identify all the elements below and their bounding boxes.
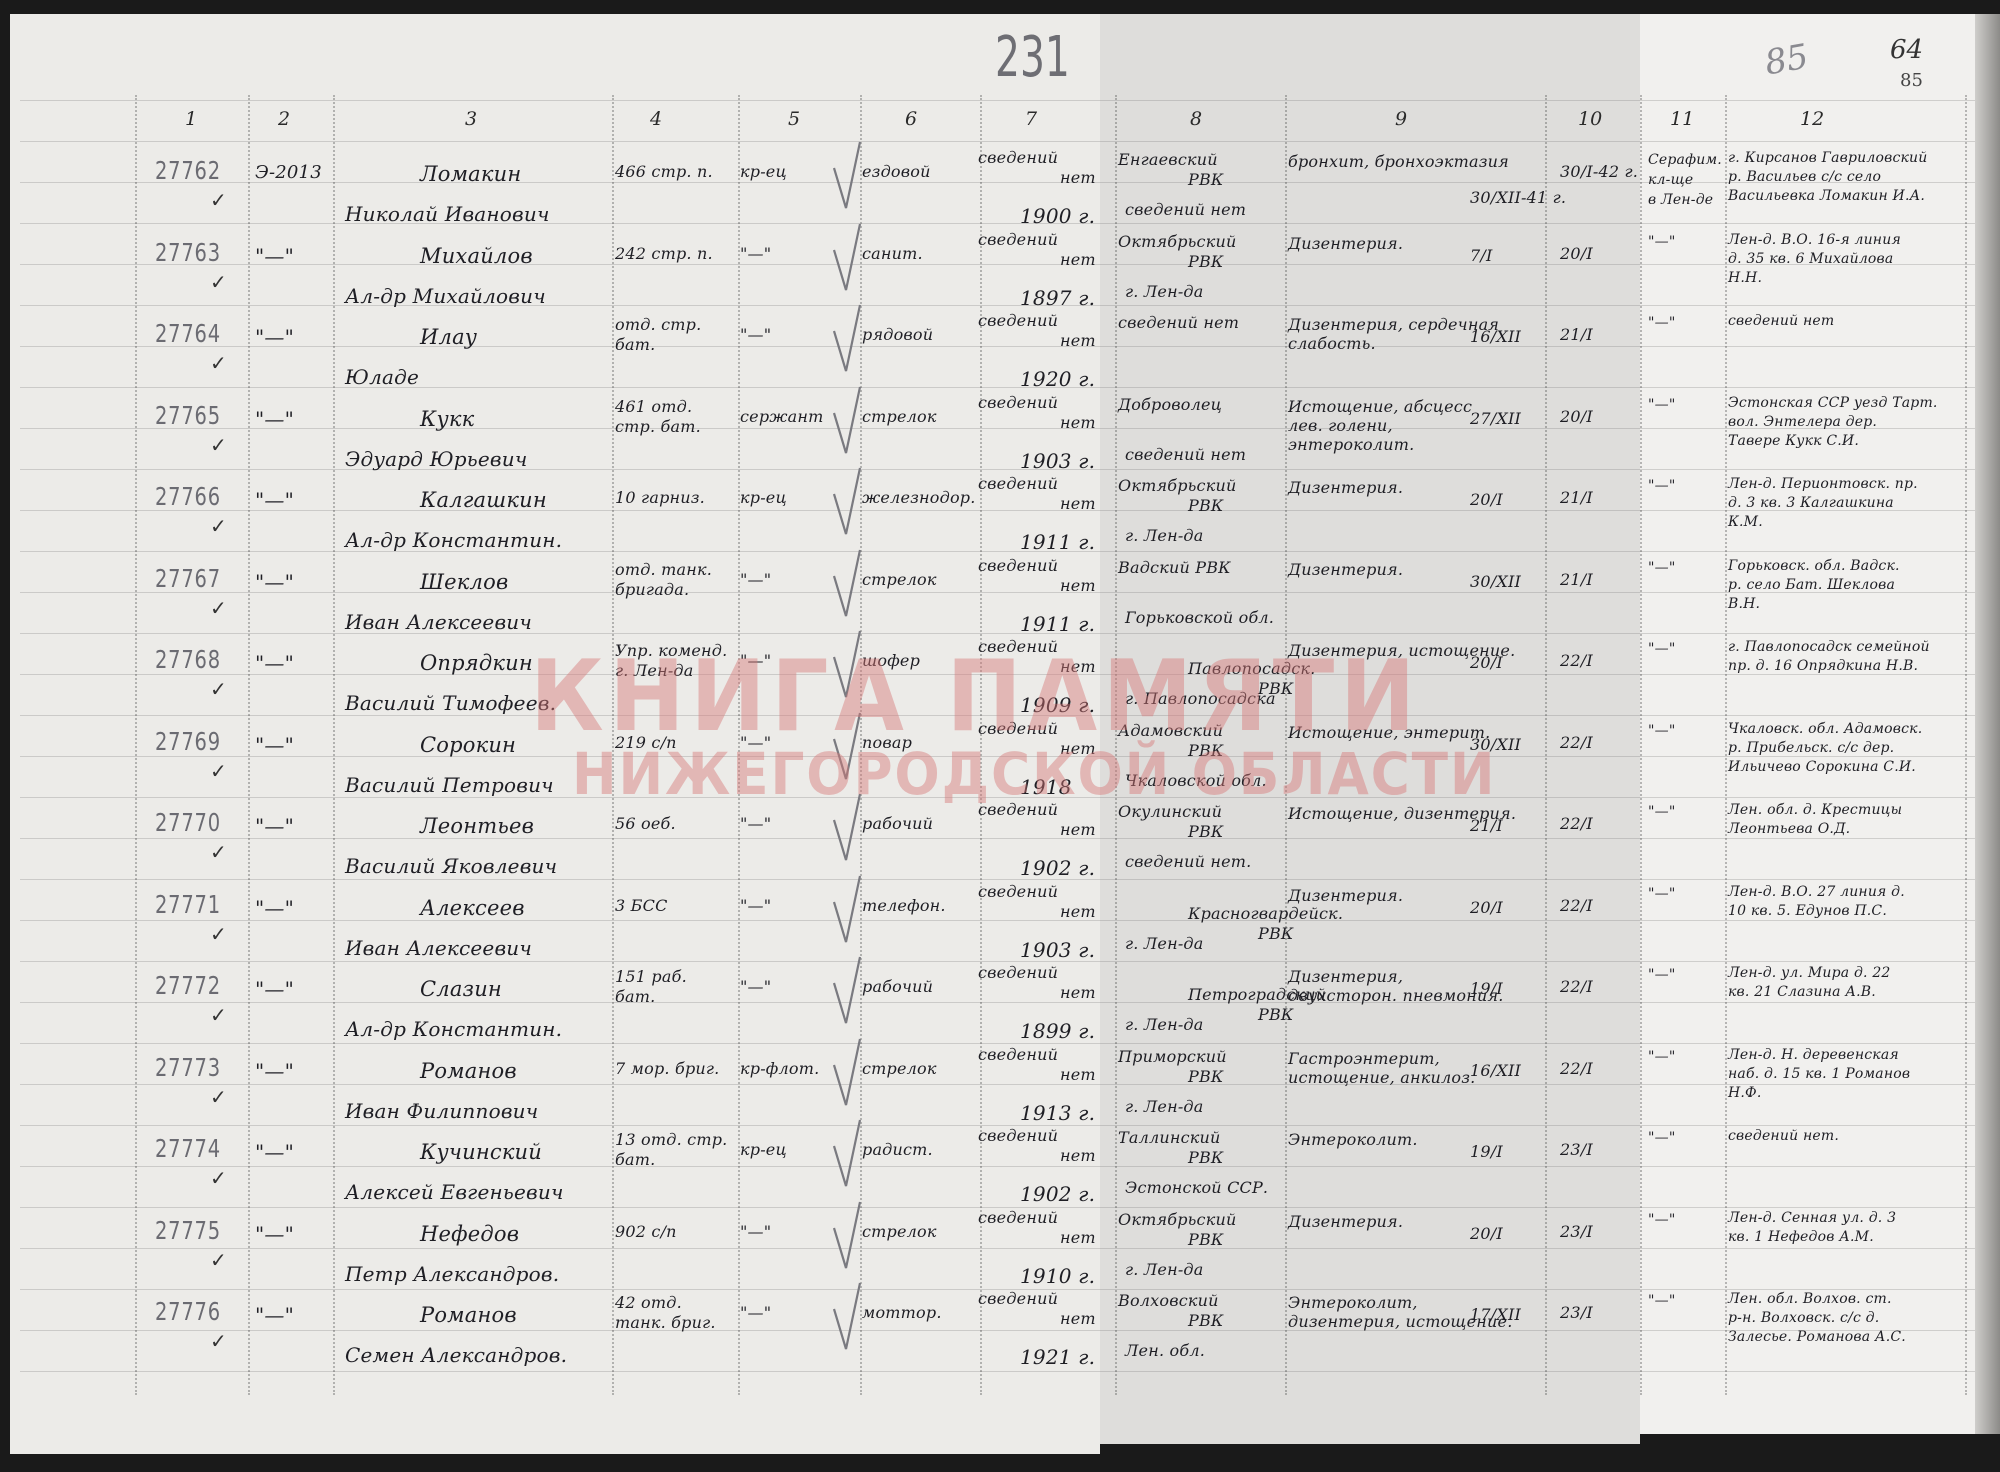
cause-of-death: бронхит, бронхоэктазия: [1288, 152, 1509, 171]
position: санит.: [862, 244, 923, 263]
draft-office: Октябрьский: [1118, 232, 1236, 251]
ruled-line: [20, 1166, 1975, 1167]
record-number: 27762: [155, 156, 221, 185]
record-code: "—": [255, 1140, 294, 1164]
position: повар: [862, 733, 912, 752]
corner-mark-2: 64: [1890, 35, 1923, 65]
draft-office: Октябрьский: [1118, 476, 1236, 495]
surname: Нефедов: [420, 1222, 519, 1246]
birth-info-line-1: сведений: [978, 1289, 1058, 1308]
birth-year: 1911 г.: [1020, 530, 1095, 554]
given-names: Ал-др Константин.: [345, 1017, 562, 1041]
relatives-address: р. село Бат. Шеклова: [1728, 577, 1895, 593]
ruled-line: [20, 879, 1975, 880]
death-date: 23/I: [1560, 1222, 1593, 1241]
column-separator: [1115, 95, 1118, 1395]
given-names: Ал-др Константин.: [345, 528, 562, 552]
birth-info-line-1: сведений: [978, 556, 1058, 575]
burial-place: "—": [1648, 1130, 1675, 1146]
rank: сержант: [740, 407, 824, 426]
relatives-address: Ильичево Сорокина С.И.: [1728, 759, 1916, 775]
relatives-address: вол. Энтелера дер.: [1728, 414, 1877, 430]
cause-of-death: Энтероколит.: [1288, 1130, 1418, 1149]
death-date: 20/I: [1560, 407, 1593, 426]
draft-office-extra: сведений нет: [1125, 200, 1246, 219]
military-unit: 13 отд. стр.: [615, 1130, 727, 1149]
birth-info-line-2: нет: [1060, 983, 1096, 1002]
admission-date: 30/XII-41 г.: [1470, 188, 1566, 207]
birth-year: 1900 г.: [1020, 204, 1095, 228]
record-number: 27769: [155, 727, 221, 756]
relatives-address: кв. 21 Слазина А.В.: [1728, 984, 1876, 1000]
burial-place: "—": [1648, 478, 1675, 494]
column-number: 3: [465, 108, 477, 130]
military-unit: бат.: [615, 1150, 655, 1169]
birth-info-line-1: сведений: [978, 800, 1058, 819]
draft-office: РВК: [1188, 1311, 1224, 1330]
ruled-line: [20, 1330, 1975, 1331]
rank: "—": [740, 896, 771, 915]
birth-info-line-1: сведений: [978, 311, 1058, 330]
death-date: 22/I: [1560, 1059, 1593, 1078]
record-number: 27764: [155, 319, 221, 348]
ruled-line: [20, 551, 1975, 552]
position: ездовой: [862, 162, 931, 181]
checkmark-icon: ✓: [210, 433, 227, 457]
draft-office: РВК: [1258, 924, 1294, 943]
draft-office-extra: сведений нет.: [1125, 852, 1251, 871]
record-number: 27770: [155, 808, 221, 837]
birth-info-line-1: сведений: [978, 393, 1058, 412]
draft-office-extra: г. Лен-да: [1125, 1260, 1204, 1279]
birth-year: 1909 г.: [1020, 693, 1095, 717]
relatives-address: д. 3 кв. 3 Калгашкина: [1728, 495, 1894, 511]
birth-year: 1913 г.: [1020, 1101, 1095, 1125]
draft-office-extra: Эстонской ССР.: [1125, 1178, 1268, 1197]
record-code: "—": [255, 407, 294, 431]
relatives-address: Горьковск. обл. Вадск.: [1728, 558, 1900, 574]
record-number: 27775: [155, 1216, 221, 1245]
birth-info-line-2: нет: [1060, 902, 1096, 921]
death-date: 22/I: [1560, 977, 1593, 996]
cause-of-death: истощение, анкилоз.: [1288, 1068, 1475, 1087]
record-number: 27766: [155, 482, 221, 511]
birth-year: 1910 г.: [1020, 1264, 1095, 1288]
checkmark-icon: ✓: [210, 1329, 227, 1353]
birth-info-line-2: нет: [1060, 739, 1096, 758]
column-separator: [1965, 95, 1968, 1395]
relatives-address: р-н. Волховск. с/с д.: [1728, 1310, 1879, 1326]
military-unit: 902 с/п: [615, 1222, 677, 1241]
burial-place: "—": [1648, 886, 1675, 902]
admission-date: 20/I: [1470, 490, 1503, 509]
cause-of-death: Дизентерия.: [1288, 478, 1403, 497]
checkmark-icon: ✓: [210, 596, 227, 620]
birth-year: 1899 г.: [1020, 1019, 1095, 1043]
birth-info-line-2: нет: [1060, 657, 1096, 676]
birth-year: 1902 г.: [1020, 856, 1095, 880]
relatives-address: Лен. обл. д. Крестицы: [1728, 802, 1902, 818]
death-date: 23/I: [1560, 1140, 1593, 1159]
given-names: Николай Иванович: [345, 202, 550, 226]
given-names: Иван Алексеевич: [345, 936, 532, 960]
admission-date: 16/XII: [1470, 1061, 1521, 1080]
checkmark-icon: ✓: [210, 759, 227, 783]
military-unit: 7 мор. бриг.: [615, 1059, 719, 1078]
position: шофер: [862, 651, 920, 670]
surname: Михайлов: [420, 244, 533, 268]
military-unit: Упр. коменд.: [615, 641, 727, 660]
birth-info-line-1: сведений: [978, 719, 1058, 738]
birth-info-line-1: сведений: [978, 1045, 1058, 1064]
surname: Романов: [420, 1303, 517, 1327]
ruled-line: [20, 633, 1975, 634]
military-unit: бат.: [615, 335, 655, 354]
column-separator: [980, 95, 983, 1395]
ruled-line: [20, 387, 1975, 388]
record-number: 27768: [155, 645, 221, 674]
draft-office-extra: г. Лен-да: [1125, 934, 1204, 953]
burial-place: "—": [1648, 397, 1675, 413]
given-names: Иван Алексеевич: [345, 610, 532, 634]
burial-place: "—": [1648, 315, 1675, 331]
birth-info-line-1: сведений: [978, 474, 1058, 493]
rank: кр-ец: [740, 1140, 787, 1159]
record-code: "—": [255, 977, 294, 1001]
rank: "—": [740, 733, 771, 752]
ruled-line: [20, 346, 1975, 347]
relatives-address: наб. д. 15 кв. 1 Романов: [1728, 1066, 1910, 1082]
ruled-line: [20, 592, 1975, 593]
relatives-address: Чкаловск. обл. Адамовск.: [1728, 721, 1922, 737]
death-date: 22/I: [1560, 814, 1593, 833]
relatives-address: Залесье. Романова А.С.: [1728, 1329, 1906, 1345]
rank: кр-флот.: [740, 1059, 819, 1078]
birth-year: 1920 г.: [1020, 367, 1095, 391]
position: стрелок: [862, 407, 937, 426]
ruled-line: [20, 838, 1975, 839]
position: стрелок: [862, 1059, 937, 1078]
given-names: Ал-др Михайлович: [345, 284, 546, 308]
relatives-address: Лен-д. В.О. 16-я линия: [1728, 232, 1901, 248]
record-code: "—": [255, 1059, 294, 1083]
checkmark-icon: ✓: [210, 1248, 227, 1272]
burial-place: "—": [1648, 967, 1675, 983]
draft-office: Адамовский: [1118, 721, 1223, 740]
relatives-address: сведений нет.: [1728, 1128, 1839, 1144]
birth-info-line-2: нет: [1060, 1065, 1096, 1084]
checkmark-icon: ✓: [210, 270, 227, 294]
cause-of-death: Истощение, энтерит.: [1288, 723, 1490, 742]
record-code: "—": [255, 325, 294, 349]
death-date: 21/I: [1560, 570, 1593, 589]
draft-office: Вадский РВК: [1118, 558, 1231, 577]
birth-year: 1902 г.: [1020, 1182, 1095, 1206]
record-code: "—": [255, 733, 294, 757]
military-unit: 10 гарниз.: [615, 488, 705, 507]
draft-office: РВК: [1188, 822, 1224, 841]
ruled-line: [20, 264, 1975, 265]
checkmark-icon: ✓: [210, 188, 227, 212]
military-unit: бат.: [615, 987, 655, 1006]
death-date: 20/I: [1560, 244, 1593, 263]
relatives-address: г. Кирсанов Гавриловский: [1728, 150, 1928, 166]
birth-info-line-2: нет: [1060, 250, 1096, 269]
archive-page-number: 231: [995, 25, 1070, 90]
surname: Шеклов: [420, 570, 508, 594]
verification-check-icon: [830, 1035, 864, 1115]
cause-of-death: энтероколит.: [1288, 435, 1414, 454]
record-number: 27772: [155, 971, 221, 1000]
draft-office: Октябрьский: [1118, 1210, 1236, 1229]
ruled-line: [20, 756, 1975, 757]
burial-place: кл-ще: [1648, 172, 1693, 188]
admission-date: 17/XII: [1470, 1305, 1521, 1324]
rank: "—": [740, 1303, 771, 1322]
surname: Кукк: [420, 407, 474, 431]
admission-date: 30/XII: [1470, 735, 1521, 754]
draft-office: сведений нет: [1118, 313, 1239, 332]
given-names: Эдуард Юрьевич: [345, 447, 528, 471]
position: радист.: [862, 1140, 933, 1159]
position: рабочий: [862, 977, 933, 996]
column-separator: [135, 95, 138, 1395]
record-code: "—": [255, 488, 294, 512]
birth-info-line-1: сведений: [978, 637, 1058, 656]
ruled-line: [20, 510, 1975, 511]
surname: Леонтьев: [420, 814, 534, 838]
draft-office: Волховский: [1118, 1291, 1219, 1310]
ruled-line: [20, 920, 1975, 921]
draft-office: Таллинский: [1118, 1128, 1221, 1147]
relatives-address: Н.Н.: [1728, 270, 1762, 286]
column-number: 7: [1025, 108, 1037, 130]
birth-info-line-2: нет: [1060, 576, 1096, 595]
corner-mark-3: 85: [1900, 70, 1923, 91]
record-code: "—": [255, 1222, 294, 1246]
draft-office-extra: г. Лен-да: [1125, 282, 1204, 301]
position: моттор.: [862, 1303, 942, 1322]
relatives-address: В.Н.: [1728, 596, 1760, 612]
admission-date: 20/I: [1470, 653, 1503, 672]
admission-date: 19/I: [1470, 979, 1503, 998]
cause-of-death: Дизентерия.: [1288, 1212, 1403, 1231]
record-code: "—": [255, 1303, 294, 1327]
ruled-line: [20, 1002, 1975, 1003]
ruled-line: [20, 305, 1975, 306]
record-code: "—": [255, 244, 294, 268]
burial-place: "—": [1648, 1293, 1675, 1309]
birth-info-line-2: нет: [1060, 494, 1096, 513]
record-code: Э-2013: [255, 162, 322, 183]
surname: Слазин: [420, 977, 502, 1001]
relatives-address: пр. д. 16 Опрядкина Н.В.: [1728, 658, 1918, 674]
record-code: "—": [255, 570, 294, 594]
relatives-address: Лен-д. Сенная ул. д. 3: [1728, 1210, 1896, 1226]
relatives-address: Эстонская ССР уезд Тарт.: [1728, 395, 1938, 411]
burial-place: "—": [1648, 804, 1675, 820]
death-date: 30/I-42 г.: [1560, 162, 1638, 181]
burial-place: "—": [1648, 234, 1675, 250]
draft-office: РВК: [1188, 252, 1224, 271]
position: стрелок: [862, 1222, 937, 1241]
given-names: Юладе: [345, 365, 419, 389]
cause-of-death: Дизентерия, сердечная: [1288, 315, 1499, 334]
given-names: Василий Петрович: [345, 773, 554, 797]
birth-info-line-1: сведений: [978, 148, 1058, 167]
burial-place: "—": [1648, 560, 1675, 576]
birth-info-line-1: сведений: [978, 230, 1058, 249]
draft-office: РВК: [1188, 496, 1224, 515]
admission-date: 19/I: [1470, 1142, 1503, 1161]
rank: "—": [740, 244, 771, 263]
relatives-address: Лен-д. ул. Мира д. 22: [1728, 965, 1891, 981]
military-unit: 56 оеб.: [615, 814, 676, 833]
admission-date: 21/I: [1470, 816, 1503, 835]
position: рабочий: [862, 814, 933, 833]
cause-of-death: Дизентерия.: [1288, 560, 1403, 579]
rank: кр-ец: [740, 488, 787, 507]
record-number: 27776: [155, 1297, 221, 1326]
record-number: 27773: [155, 1053, 221, 1082]
column-separator: [1545, 95, 1548, 1395]
birth-info-line-2: нет: [1060, 1228, 1096, 1247]
column-number: 9: [1395, 108, 1407, 130]
birth-info-line-1: сведений: [978, 963, 1058, 982]
birth-year: 1911 г.: [1020, 612, 1095, 636]
surname: Опрядкин: [420, 651, 533, 675]
draft-office: Енгаевский: [1118, 150, 1218, 169]
death-date: 22/I: [1560, 733, 1593, 752]
admission-date: 16/XII: [1470, 327, 1521, 346]
relatives-address: р. Прибельск. с/с дер.: [1728, 740, 1894, 756]
relatives-address: Леонтьева О.Д.: [1728, 821, 1850, 837]
record-number: 27765: [155, 401, 221, 430]
burial-place: "—": [1648, 1212, 1675, 1228]
birth-info-line-2: нет: [1060, 168, 1096, 187]
military-unit: отд. танк.: [615, 560, 712, 579]
surname: Калгашкин: [420, 488, 547, 512]
military-unit: стр. бат.: [615, 417, 701, 436]
surname: Кучинский: [420, 1140, 542, 1164]
military-unit: 42 отд.: [615, 1293, 682, 1312]
column-number: 11: [1670, 108, 1694, 130]
draft-office: Приморский: [1118, 1047, 1227, 1066]
column-number: 10: [1578, 108, 1602, 130]
relatives-address: Лен-д. В.О. 27 линия д.: [1728, 884, 1905, 900]
position: стрелок: [862, 570, 937, 589]
draft-office: РВК: [1188, 741, 1224, 760]
given-names: Иван Филиппович: [345, 1099, 538, 1123]
column-number: 5: [788, 108, 800, 130]
draft-office: Доброволец: [1118, 395, 1222, 414]
checkmark-icon: ✓: [210, 1003, 227, 1027]
cause-of-death: Дизентерия.: [1288, 886, 1403, 905]
ruled-line: [20, 141, 1975, 142]
draft-office-extra: г. Лен-да: [1125, 1015, 1204, 1034]
ruled-line: [20, 1248, 1975, 1249]
cause-of-death: лев. голени,: [1288, 416, 1393, 435]
column-separator: [1640, 95, 1643, 1395]
birth-year: 1903 г.: [1020, 449, 1095, 473]
draft-office-extra: г. Павлопосадска: [1125, 689, 1276, 708]
birth-year: 1903 г.: [1020, 938, 1095, 962]
draft-office: РВК: [1188, 1148, 1224, 1167]
rank: кр-ец: [740, 162, 787, 181]
military-unit: 466 стр. п.: [615, 162, 713, 181]
birth-year: 1921 г.: [1020, 1345, 1095, 1369]
death-date: 22/I: [1560, 896, 1593, 915]
surname: Илау: [420, 325, 477, 349]
rank: "—": [740, 814, 771, 833]
given-names: Алексей Евгеньевич: [345, 1180, 564, 1204]
relatives-address: р. Васильев с/с село: [1728, 169, 1881, 185]
rank: "—": [740, 977, 771, 996]
rank: "—": [740, 1222, 771, 1241]
verification-check-icon: [830, 627, 864, 707]
checkmark-icon: ✓: [210, 351, 227, 375]
record-code: "—": [255, 896, 294, 920]
verification-check-icon: [830, 709, 864, 789]
checkmark-icon: ✓: [210, 840, 227, 864]
birth-year: 1897 г.: [1020, 286, 1095, 310]
birth-info-line-2: нет: [1060, 820, 1096, 839]
draft-office-extra: Горьковской обл.: [1125, 608, 1274, 627]
draft-office: Красногвардейск.: [1188, 904, 1343, 923]
relatives-address: г. Павлопосадск семейной: [1728, 639, 1930, 655]
relatives-address: д. 35 кв. 6 Михайлова: [1728, 251, 1893, 267]
birth-info-line-1: сведений: [978, 1208, 1058, 1227]
record-code: "—": [255, 651, 294, 675]
cause-of-death: Энтероколит,: [1288, 1293, 1418, 1312]
record-number: 27767: [155, 564, 221, 593]
verification-check-icon: [830, 383, 864, 463]
relatives-address: 10 кв. 5. Едунов П.С.: [1728, 903, 1887, 919]
draft-office-extra: г. Лен-да: [1125, 526, 1204, 545]
admission-date: 30/XII: [1470, 572, 1521, 591]
relatives-address: сведений нет: [1728, 313, 1834, 329]
admission-date: 7/I: [1470, 246, 1493, 265]
record-code: "—": [255, 814, 294, 838]
verification-check-icon: [830, 301, 864, 381]
relatives-address: К.М.: [1728, 514, 1763, 530]
military-unit: 219 с/п: [615, 733, 677, 752]
cause-of-death: слабость.: [1288, 334, 1376, 353]
draft-office-extra: г. Лен-да: [1125, 1097, 1204, 1116]
surname: Ломакин: [420, 162, 521, 186]
relatives-address: Лен-д. Перионтовск. пр.: [1728, 476, 1918, 492]
corner-mark-1: 85: [1762, 37, 1812, 84]
ruled-line: [20, 797, 1975, 798]
birth-info-line-2: нет: [1060, 413, 1096, 432]
ruled-line: [20, 100, 1975, 101]
death-date: 21/I: [1560, 325, 1593, 344]
column-separator: [248, 95, 251, 1395]
column-number: 4: [650, 108, 662, 130]
ruled-line: [20, 674, 1975, 675]
given-names: Петр Александров.: [345, 1262, 559, 1286]
burial-place: Серафим.: [1648, 152, 1722, 168]
relatives-address: Н.Ф.: [1728, 1085, 1762, 1101]
checkmark-icon: ✓: [210, 677, 227, 701]
verification-check-icon: [830, 220, 864, 300]
relatives-address: Васильевка Ломакин И.А.: [1728, 188, 1925, 204]
burial-place: "—": [1648, 641, 1675, 657]
ruled-line: [20, 1371, 1975, 1372]
death-date: 23/I: [1560, 1303, 1593, 1322]
given-names: Семен Александров.: [345, 1343, 567, 1367]
rank: "—": [740, 570, 771, 589]
